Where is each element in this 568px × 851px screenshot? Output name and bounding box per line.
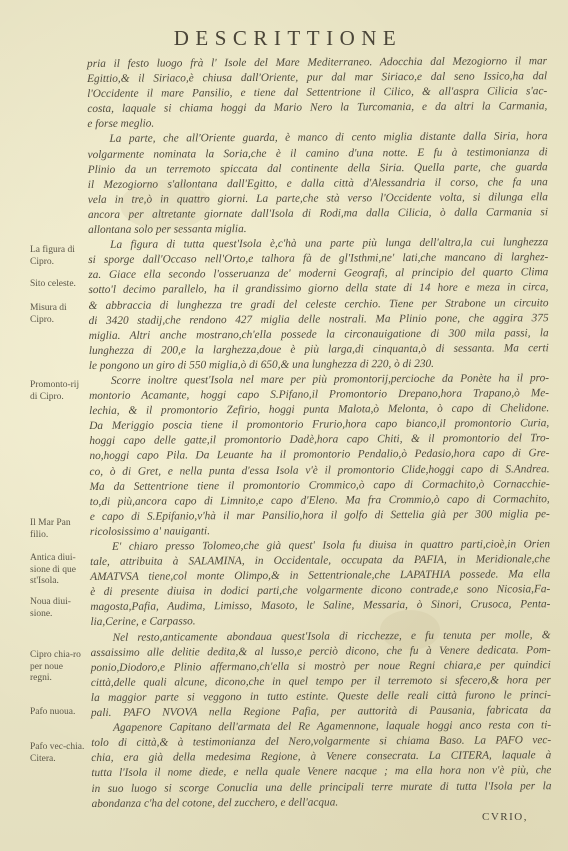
text-line: abondanza c'ha del cotone, del zucchero,… [92, 794, 552, 812]
book-page: DESCRITTIONE pria il festo luogo frà l' … [0, 0, 568, 851]
margin-note-misura: Misura di Cipro. [30, 303, 85, 326]
body-text: pria il festo luogo frà l' Isole del Mar… [87, 54, 552, 811]
margin-note-pafo-vecchia: Pafo vec-chia. Citera. [30, 742, 85, 765]
margin-note-noue-regni: Cipro chia-ro per noue regni. [30, 650, 85, 685]
margin-note-figura: La figura di Cipro. [30, 245, 85, 268]
running-head: DESCRITTIONE [0, 26, 568, 51]
margin-note-mar-panfilio: Il Mar Pan filio. [30, 518, 85, 541]
text-line: ancora per altretante giornate dall'Isol… [88, 205, 548, 223]
margin-note-pafo-nuoua: Pafo nuoua. [30, 707, 85, 719]
margin-note-promontorij: Promonto-rij di Cipro. [30, 380, 85, 403]
text-line: e capo di S.Epifanio,v'hà il mar Pansili… [90, 507, 550, 525]
margin-note-noua-divisione: Noua diui-sione. [30, 597, 85, 620]
text-line: lunghezza di 200,e la larghezza,doue è p… [89, 341, 549, 359]
catchword: CVRIO, [482, 811, 528, 823]
text-line: in suo luogo si scorge Conuclia una dell… [91, 779, 551, 797]
margin-note-antica-divisione: Antica diui-sione di que st'Isola. [30, 553, 85, 588]
margin-note-sito: Sito celeste. [30, 279, 85, 291]
